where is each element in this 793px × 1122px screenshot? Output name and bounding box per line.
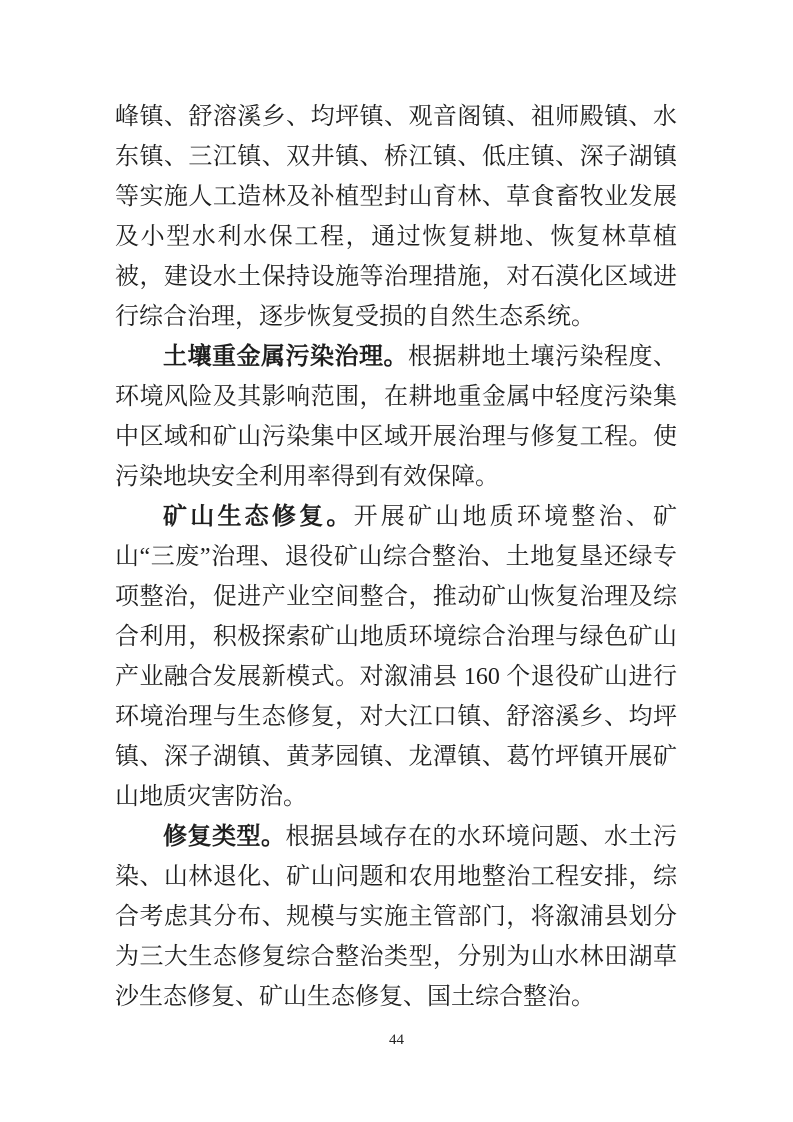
paragraph-body: 峰镇、舒溶溪乡、均坪镇、观音阁镇、祖师殿镇、水东镇、三江镇、双井镇、桥江镇、低庄…	[115, 104, 677, 330]
paragraph-lead: 土壤重金属污染治理。	[163, 343, 408, 370]
document-page: 峰镇、舒溶溪乡、均坪镇、观音阁镇、祖师殿镇、水东镇、三江镇、双井镇、桥江镇、低庄…	[0, 0, 793, 1122]
paragraph: 峰镇、舒溶溪乡、均坪镇、观音阁镇、祖师殿镇、水东镇、三江镇、双井镇、桥江镇、低庄…	[115, 97, 677, 337]
paragraph: 修复类型。根据县域存在的水环境问题、水土污染、山林退化、矿山问题和农用地整治工程…	[115, 817, 677, 1017]
page-number: 44	[0, 1031, 793, 1049]
paragraph-lead: 修复类型。	[163, 823, 286, 850]
paragraph: 矿山生态修复。开展矿山地质环境整治、矿山“三废”治理、退役矿山综合整治、土地复垦…	[115, 497, 677, 817]
document-body: 峰镇、舒溶溪乡、均坪镇、观音阁镇、祖师殿镇、水东镇、三江镇、双井镇、桥江镇、低庄…	[115, 97, 677, 1017]
paragraph-lead: 矿山生态修复。	[163, 503, 354, 530]
paragraph-body: 根据县域存在的水环境问题、水土污染、山林退化、矿山问题和农用地整治工程安排，综合…	[115, 824, 677, 1010]
paragraph-body: 开展矿山地质环境整治、矿山“三废”治理、退役矿山综合整治、土地复垦还绿专项整治，…	[115, 504, 677, 810]
paragraph: 土壤重金属污染治理。根据耕地土壤污染程度、环境风险及其影响范围，在耕地重金属中轻…	[115, 337, 677, 497]
